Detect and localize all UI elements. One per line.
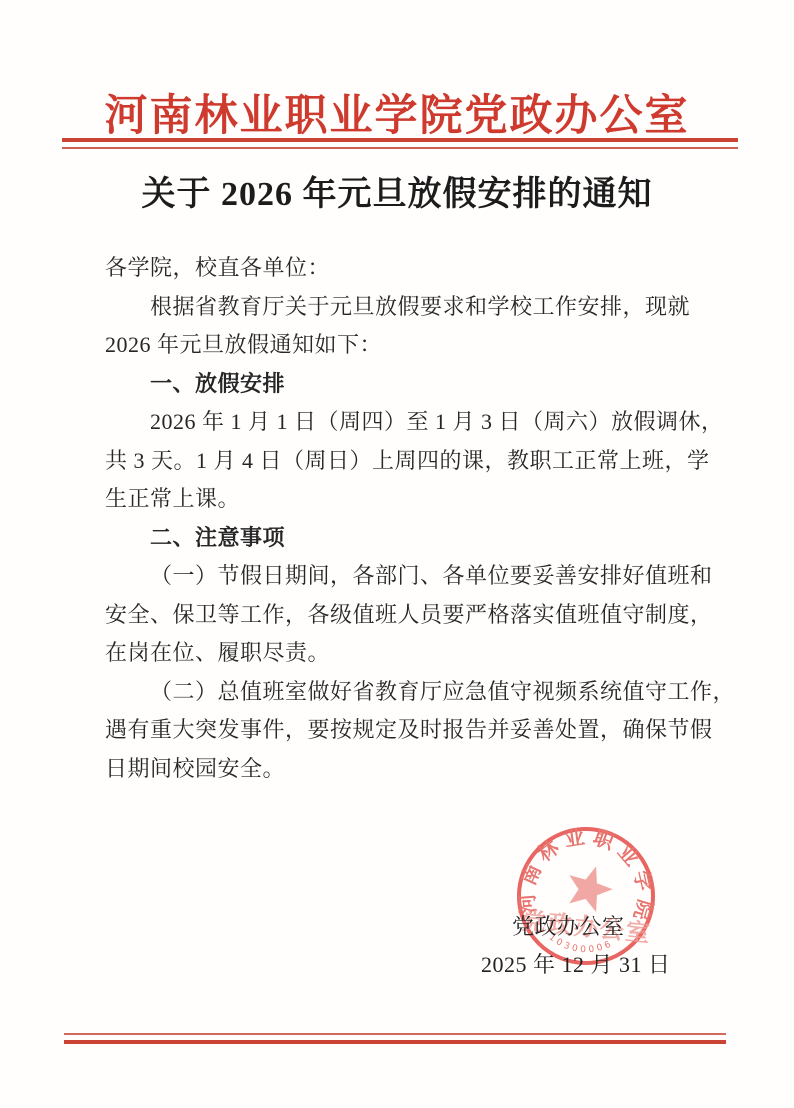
footer-rule-thick [64,1040,726,1044]
body-line: 2026 年 1 月 1 日（周四）至 1 月 3 日（周六）放假调休， [105,403,725,442]
body-line: 二、注意事项 [105,519,725,558]
signature-date: 2025 年 12 月 31 日 [481,948,671,979]
body-line: 安全、保卫等工作，各级值班人员要严格落实值班值守制度， [105,596,725,635]
signature-office-name: 党政办公室 [512,910,625,941]
letterhead-org-name: 河南林业职业学院党政办公室 [0,82,794,143]
body-line: 日期间校园安全。 [105,750,725,789]
body-line: 各学院，校直各单位： [105,249,725,288]
body-text: 各学院，校直各单位：根据省教育厅关于元旦放假要求和学校工作安排，现就2026 年… [105,249,725,788]
body-line: （一）节假日期间，各部门、各单位要妥善安排好值班和 [105,557,725,596]
body-line: 共 3 天。1 月 4 日（周日）上周四的课，教职工正常上班，学 [105,442,725,481]
letterhead-rule-thick [62,138,738,142]
footer-rule-thin [64,1033,726,1035]
document-title: 关于 2026 年元旦放假安排的通知 [0,166,794,215]
body-line: 2026 年元旦放假通知如下： [105,326,725,365]
document-page: 河南林业职业学院党政办公室 关于 2026 年元旦放假安排的通知 各学院，校直各… [0,0,794,1108]
letterhead-rule-thin [62,147,738,149]
seal-star-icon [561,859,618,914]
body-line: 一、放假安排 [105,365,725,404]
body-line: 遇有重大突发事件，要按规定及时报告并妥善处置，确保节假 [105,711,725,750]
body-line: 生正常上课。 [105,480,725,519]
body-line: 根据省教育厅关于元旦放假要求和学校工作安排，现就 [105,288,725,327]
body-line: （二）总值班室做好省教育厅应急值守视频系统值守工作， [105,673,725,712]
body-line: 在岗在位、履职尽责。 [105,634,725,673]
